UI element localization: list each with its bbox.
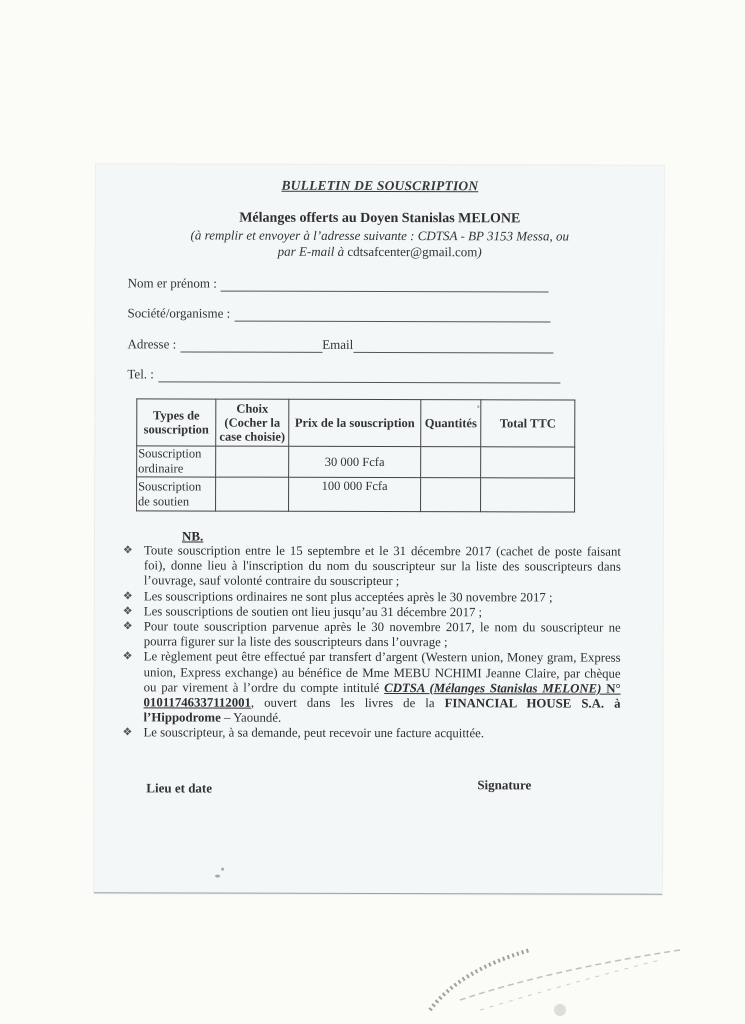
- organisation-field: Société/organisme :: [128, 305, 551, 322]
- header-type: Types de souscription: [137, 399, 216, 446]
- row-choice-checkbox[interactable]: [216, 477, 289, 511]
- ink-smudge-mark: [420, 940, 720, 1020]
- diamond-bullet-icon: ❖: [123, 604, 133, 619]
- note-item: ❖Les souscriptions de soutien ont lieu j…: [123, 604, 621, 621]
- address-label: Adresse :: [127, 336, 176, 352]
- note-text: Les souscriptions de soutien ont lieu ju…: [144, 604, 482, 619]
- tel-field: Tel. :: [127, 366, 560, 383]
- note-text: Les souscriptions ordinaires ne sont plu…: [144, 589, 553, 604]
- name-field: Nom er prénom :: [128, 275, 549, 292]
- subscription-table: Types de souscription Choix (Cocher la c…: [136, 398, 575, 512]
- email-label: Email: [322, 337, 353, 353]
- contact-email: cdtsafcenter@gmail.com: [347, 244, 477, 259]
- diamond-bullet-icon: ❖: [123, 543, 133, 558]
- row-price: 100 000 Fcfa: [289, 477, 421, 511]
- name-label: Nom er prénom :: [128, 275, 217, 291]
- notes-heading: NB.: [182, 528, 203, 544]
- header-choice: Choix (Cocher la case choisie): [216, 399, 289, 446]
- table-row: Souscription ordinaire 30 000 Fcfa: [137, 446, 575, 478]
- tel-input-line[interactable]: [158, 370, 560, 383]
- instructions-line-2: par E-mail à cdtsafcenter@gmail.com): [96, 243, 664, 260]
- name-input-line[interactable]: [221, 280, 549, 293]
- row-quantity-input[interactable]: [421, 447, 481, 478]
- address-input-line[interactable]: [180, 340, 322, 352]
- organisation-label: Société/organisme :: [128, 305, 231, 321]
- scan-speck: [215, 875, 220, 878]
- diamond-bullet-icon: ❖: [123, 589, 133, 604]
- address-email-field: Adresse : Email: [127, 336, 553, 353]
- scan-speck: [221, 868, 224, 871]
- place-date-label: Lieu et date: [146, 780, 212, 796]
- signature-label: Signature: [477, 777, 531, 793]
- row-quantity-input[interactable]: [421, 478, 481, 512]
- row-total-input[interactable]: [481, 478, 575, 512]
- note-text: Le souscripteur, à sa demande, peut rece…: [143, 726, 484, 741]
- subscription-form-sheet: BULLETIN DE SOUSCRIPTION Mélanges offert…: [94, 164, 664, 894]
- note-text: Pour toute souscription parvenue après l…: [144, 619, 621, 649]
- email-input-line[interactable]: [353, 341, 553, 354]
- payment-text: – Yaoundé.: [221, 711, 281, 725]
- header-total: Total TTC: [481, 400, 575, 447]
- form-subtitle: Mélanges offerts au Doyen Stanislas MELO…: [96, 210, 664, 227]
- note-text: Toute souscription entre le 15 septembre…: [144, 543, 621, 588]
- payment-text: , ouvert dans les livres de la: [251, 696, 445, 711]
- row-price: 30 000 Fcfa: [289, 446, 421, 477]
- note-item: ❖Pour toute souscription parvenue après …: [123, 619, 621, 651]
- header-quantity: Quantités: [421, 400, 481, 447]
- notes-list: ❖Toute souscription entre le 15 septembr…: [122, 543, 621, 742]
- instructions-line-1: (à remplir et envoyer à l’adresse suivan…: [96, 227, 664, 244]
- table-row: Souscription de soutien 100 000 Fcfa: [137, 477, 575, 512]
- note-item: ❖Les souscriptions ordinaires ne sont pl…: [123, 589, 621, 606]
- form-title: BULLETIN DE SOUSCRIPTION: [96, 177, 664, 194]
- table-header-row: Types de souscription Choix (Cocher la c…: [137, 399, 575, 447]
- row-total-input[interactable]: [481, 447, 575, 478]
- note-item: ❖Toute souscription entre le 15 septembr…: [123, 543, 621, 590]
- form-instructions: (à remplir et envoyer à l’adresse suivan…: [96, 227, 664, 260]
- header-price: Prix de la souscription: [289, 399, 421, 446]
- diamond-bullet-icon: ❖: [123, 619, 133, 634]
- diamond-bullet-icon: ❖: [122, 726, 132, 741]
- row-choice-checkbox[interactable]: [216, 446, 289, 477]
- note-item-payment: ❖Le règlement peut être effectué par tra…: [122, 650, 620, 727]
- diamond-bullet-icon: ❖: [123, 650, 133, 665]
- note-item: ❖Le souscripteur, à sa demande, peut rec…: [122, 726, 620, 743]
- account-name: CDTSA (Mélanges Stanislas MELONE): [384, 681, 601, 696]
- tel-label: Tel. :: [127, 366, 154, 382]
- organisation-input-line[interactable]: [234, 310, 550, 323]
- scan-speck: [477, 405, 479, 408]
- instructions-suffix: ): [477, 244, 481, 259]
- instructions-prefix: par E-mail à: [278, 244, 348, 259]
- row-type: Souscription ordinaire: [137, 446, 216, 477]
- row-type: Souscription de soutien: [137, 477, 216, 511]
